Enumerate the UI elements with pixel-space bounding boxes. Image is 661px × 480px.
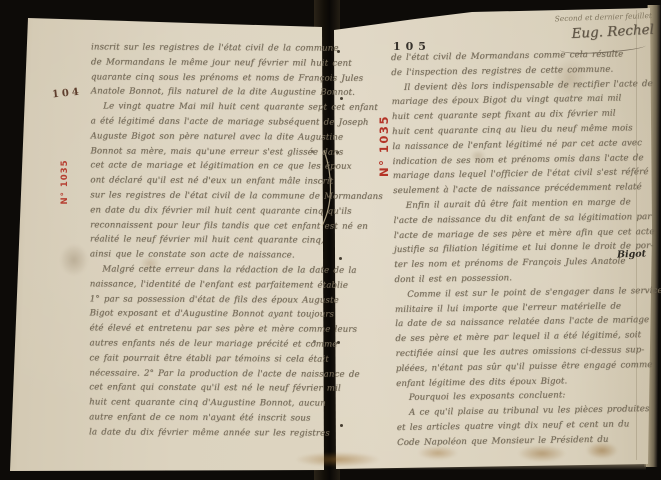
manuscript-line: sur les registres de l'état civil de la … bbox=[90, 188, 325, 204]
manuscript-line: Auguste Bigot son père naturel avec la d… bbox=[91, 129, 326, 145]
folio-stamp-left: N° 1035 bbox=[60, 160, 70, 205]
manuscript-text-left: inscrit sur les registres de l'état civi… bbox=[89, 40, 326, 441]
manuscript-line: Le vingt quatre Mai mil huit cent quaran… bbox=[91, 100, 326, 116]
manuscript-line: en date du dix février mil huit cent qua… bbox=[90, 203, 325, 219]
stitch-hole bbox=[340, 424, 343, 427]
stitch-hole bbox=[339, 257, 342, 260]
manuscript-line: naissance, l'identité de l'enfant est pa… bbox=[90, 277, 325, 293]
manuscript-line: Bonnot sa mère, mais qu'une erreur s'est… bbox=[90, 144, 325, 160]
manuscript-line: a été légitimé dans l'acte de mariage su… bbox=[91, 114, 326, 130]
manuscript-line: huit cent quarante cinq d'Augustine Bonn… bbox=[89, 396, 324, 412]
manuscript-line: réalité le neuf février mil huit cent qu… bbox=[90, 233, 325, 249]
manuscript-line: Malgré cette erreur dans la rédaction de… bbox=[90, 262, 325, 278]
manuscript-line: ont déclaré qu'il est né d'eux un enfant… bbox=[90, 174, 325, 190]
manuscript-line: la date du dix février même année sur le… bbox=[89, 425, 324, 441]
manuscript-line: cet acte de mariage et légitimation en c… bbox=[90, 159, 325, 175]
manuscript-line: autres enfants nés de leur mariage préci… bbox=[89, 336, 324, 352]
manuscript-line: ainsi que le constate son acte de naissa… bbox=[90, 248, 325, 264]
manuscript-line: Bigot exposant et d'Augustine Bonnot aya… bbox=[90, 307, 325, 323]
manuscript-line: cet enfant qui constate qu'il est né le … bbox=[89, 381, 324, 397]
manuscript-line: nécessaire. 2° Par la production de l'ac… bbox=[89, 366, 324, 382]
overwritten-name: Bigot bbox=[617, 248, 646, 260]
manuscript-line: quarante cinq sous les prénoms et noms d… bbox=[91, 70, 326, 86]
folio-stamp-right: N° 1035 bbox=[377, 115, 391, 177]
manuscript-line: reconnaissent pour leur fils tandis que … bbox=[90, 218, 325, 234]
manuscript-line: été élevé et entretenu par ses père et m… bbox=[89, 322, 324, 338]
manuscript-line: ce fait pourrait être établi par témoins… bbox=[89, 351, 324, 367]
foxing-stain bbox=[295, 452, 380, 467]
manuscript-line: autre enfant de ce nom n'ayant été inscr… bbox=[89, 410, 324, 426]
manuscript-line: Anatole Bonnot, fils naturel de la dite … bbox=[91, 85, 326, 101]
manuscript-line: 1° par sa possession d'état de fils des … bbox=[90, 292, 325, 308]
foxing-stain bbox=[60, 244, 88, 276]
manuscript-line: inscrit sur les registres de l'état civi… bbox=[91, 40, 326, 56]
manuscript-line: de Mormandans le même jour neuf février … bbox=[91, 55, 326, 71]
scanned-book-spread: 104 N° 1035 inscrit sur les registres de… bbox=[0, 0, 661, 480]
